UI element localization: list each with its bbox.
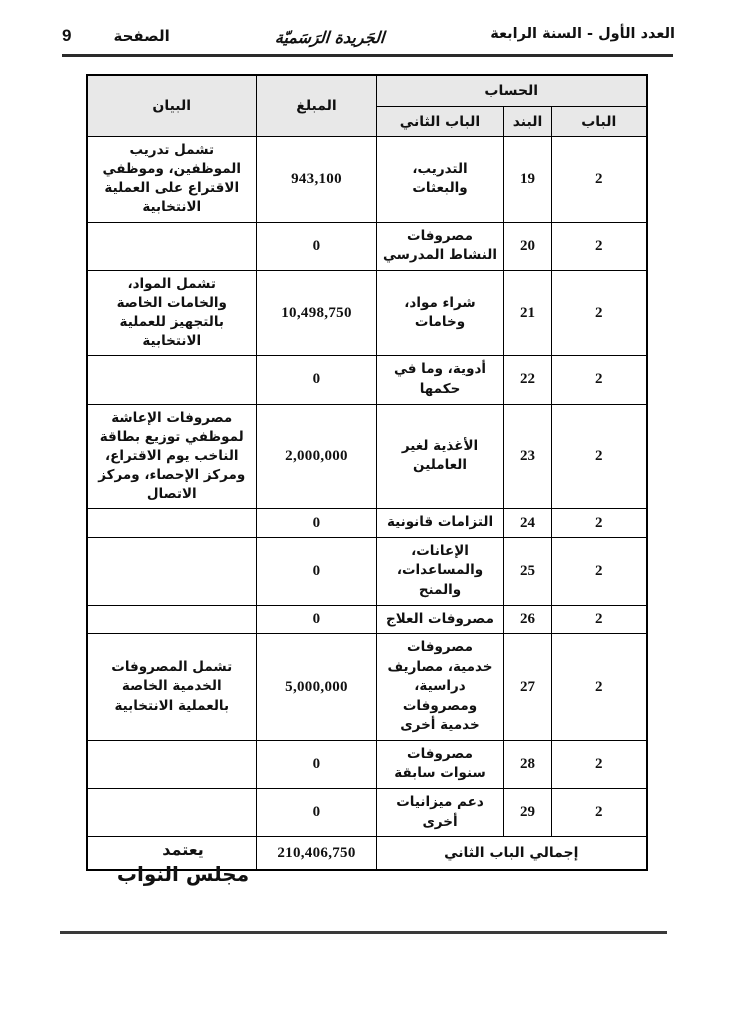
account-cell: الإعانات، والمساعدات، والمنح (377, 537, 504, 605)
table-row: 2 20 مصروفات النشاط المدرسي 0 (87, 222, 647, 270)
amount-cell: 2,000,000 (257, 404, 377, 509)
statement-cell (87, 509, 257, 538)
item-cell: 23 (504, 404, 552, 509)
amount-cell: 943,100 (257, 137, 377, 223)
gazette-page: العدد الأول - السنة الرابعة الجَريدة الر… (0, 0, 733, 1024)
item-cell: 22 (504, 356, 552, 404)
item-cell: 26 (504, 605, 552, 634)
header-rule (62, 54, 673, 57)
statement-cell (87, 605, 257, 634)
table-row: 2 25 الإعانات، والمساعدات، والمنح 0 (87, 537, 647, 605)
page-number: 9 (62, 26, 71, 46)
account-cell: مصروفات خدمية، مصاريف دراسية، ومصروفات خ… (377, 634, 504, 741)
item-cell: 24 (504, 509, 552, 538)
amount-cell: 0 (257, 222, 377, 270)
signature-approval: يعتمد (88, 840, 278, 859)
table-row: 2 28 مصروفات سنوات سابقة 0 (87, 740, 647, 788)
amount-cell: 0 (257, 789, 377, 837)
account-cell: أدوية، وما في حكمها (377, 356, 504, 404)
item-cell: 28 (504, 740, 552, 788)
col-header-chapter: الباب (552, 107, 647, 137)
chapter-cell: 2 (552, 509, 647, 538)
statement-cell: تشمل المواد، والخامات الخاصة بالتجهيز لل… (87, 270, 257, 356)
total-label: إجمالي الباب الثاني (377, 837, 647, 871)
account-cell: التدريب، والبعثات (377, 137, 504, 223)
table-row: 2 26 مصروفات العلاج 0 (87, 605, 647, 634)
table-row: 2 23 الأغذية لغير العاملين 2,000,000 مصر… (87, 404, 647, 509)
amount-cell: 0 (257, 356, 377, 404)
chapter-cell: 2 (552, 137, 647, 223)
amount-cell: 0 (257, 537, 377, 605)
chapter-cell: 2 (552, 537, 647, 605)
statement-cell (87, 537, 257, 605)
account-cell: مصروفات العلاج (377, 605, 504, 634)
amount-cell: 0 (257, 605, 377, 634)
signature-authority: مجلس النواب (88, 862, 278, 886)
statement-cell: مصروفات الإعاشة لموظفي توزيع بطاقة الناخ… (87, 404, 257, 509)
chapter-cell: 2 (552, 222, 647, 270)
table-row: 2 27 مصروفات خدمية، مصاريف دراسية، ومصرو… (87, 634, 647, 741)
col-header-account-group: الحساب (377, 75, 647, 107)
chapter-cell: 2 (552, 605, 647, 634)
table-row: 2 21 شراء مواد، وخامات 10,498,750 تشمل ا… (87, 270, 647, 356)
statement-cell (87, 740, 257, 788)
chapter-cell: 2 (552, 270, 647, 356)
page-info: الصفحة 9 (62, 26, 170, 46)
account-cell: دعم ميزانيات أخرى (377, 789, 504, 837)
item-cell: 25 (504, 537, 552, 605)
col-header-chapter2: الباب الثاني (377, 107, 504, 137)
chapter-cell: 2 (552, 740, 647, 788)
col-header-statement: البيان (87, 75, 257, 137)
table-row: 2 22 أدوية، وما في حكمها 0 (87, 356, 647, 404)
statement-cell (87, 356, 257, 404)
header-row-account-group: الحساب المبلغ البيان (87, 75, 647, 107)
amount-cell: 0 (257, 509, 377, 538)
page-label: الصفحة (113, 27, 169, 45)
chapter-cell: 2 (552, 789, 647, 837)
signature-block: يعتمد مجلس النواب (88, 840, 278, 886)
account-cell: شراء مواد، وخامات (377, 270, 504, 356)
gazette-logo: الجَريدة الرَسَميّة (275, 28, 386, 47)
item-cell: 27 (504, 634, 552, 741)
table-row: 2 24 التزامات قانونية 0 (87, 509, 647, 538)
col-header-amount: المبلغ (257, 75, 377, 137)
chapter-cell: 2 (552, 404, 647, 509)
amount-cell: 10,498,750 (257, 270, 377, 356)
item-cell: 21 (504, 270, 552, 356)
account-cell: الأغذية لغير العاملين (377, 404, 504, 509)
account-cell: مصروفات النشاط المدرسي (377, 222, 504, 270)
table-row: 2 29 دعم ميزانيات أخرى 0 (87, 789, 647, 837)
amount-cell: 5,000,000 (257, 634, 377, 741)
table-body: 2 19 التدريب، والبعثات 943,100 تشمل تدري… (87, 137, 647, 837)
page-header: العدد الأول - السنة الرابعة الجَريدة الر… (0, 0, 733, 47)
chapter-cell: 2 (552, 634, 647, 741)
bottom-rule (60, 931, 667, 934)
statement-cell (87, 222, 257, 270)
amount-cell: 0 (257, 740, 377, 788)
col-header-item: البند (504, 107, 552, 137)
item-cell: 19 (504, 137, 552, 223)
statement-cell (87, 789, 257, 837)
budget-table: الحساب المبلغ البيان الباب البند الباب ا… (86, 74, 648, 871)
statement-cell: تشمل تدريب الموظفين، وموظفي الاقتراع على… (87, 137, 257, 223)
table-header: الحساب المبلغ البيان الباب البند الباب ا… (87, 75, 647, 137)
account-cell: مصروفات سنوات سابقة (377, 740, 504, 788)
account-cell: التزامات قانونية (377, 509, 504, 538)
chapter-cell: 2 (552, 356, 647, 404)
statement-cell: تشمل المصروفات الخدمية الخاصة بالعملية ا… (87, 634, 257, 741)
issue-info: العدد الأول - السنة الرابعة (490, 26, 675, 42)
item-cell: 29 (504, 789, 552, 837)
item-cell: 20 (504, 222, 552, 270)
table-row: 2 19 التدريب، والبعثات 943,100 تشمل تدري… (87, 137, 647, 223)
